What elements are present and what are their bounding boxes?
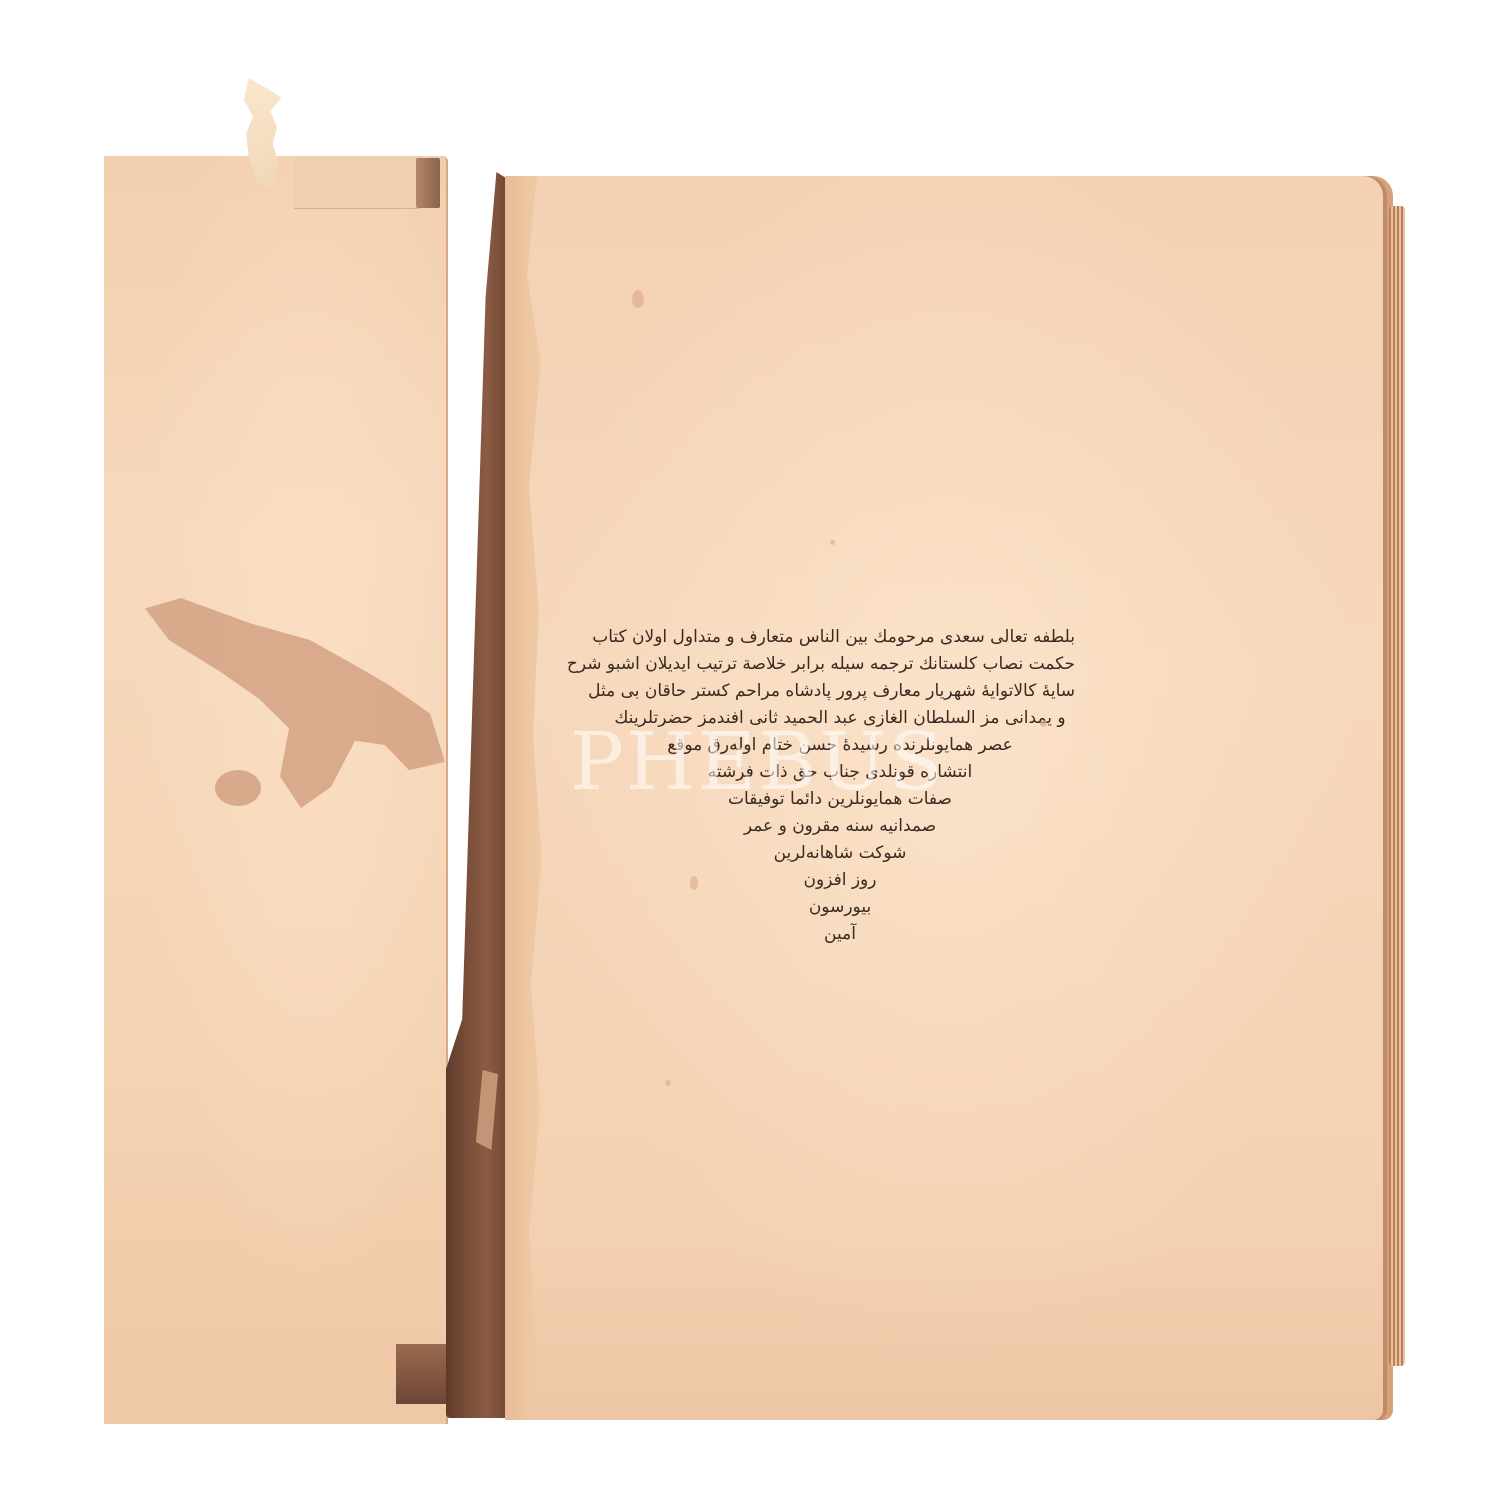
phebus-watermark: PHEBUS (570, 715, 945, 808)
text-line: آمين (605, 921, 1075, 948)
foxing-spot (632, 290, 644, 308)
text-line: حكمت نصاب كلستانك ترجمه سيله برابر خلاصة… (605, 651, 1075, 678)
torn-page-edge (505, 176, 545, 1420)
foxing-spot (665, 1080, 671, 1086)
page-edges (1389, 206, 1405, 1366)
text-line: سايهٔ كالاتوايهٔ شهريار معارف پرور پادشا… (605, 678, 1075, 705)
text-line: صمدانيه سنه مقرون و عمر (605, 813, 1075, 840)
foxing-spot (1040, 720, 1047, 727)
cover-top-flap (294, 156, 419, 209)
text-line: بيورسون (605, 894, 1075, 921)
text-line: بلطفه تعالی سعدی مرحومك بين الناس متعارف… (605, 624, 1075, 651)
water-stain-small (215, 770, 261, 806)
foxing-spot (830, 540, 835, 545)
foxing-spot (690, 876, 698, 890)
book-photo: بلطفه تعالی سعدی مرحومك بين الناس متعارف… (0, 0, 1500, 1500)
detached-front-cover (104, 156, 448, 1424)
text-line: روز افزون (605, 867, 1075, 894)
cover-bottom-leather-fragment (396, 1344, 446, 1404)
text-line: شوكت شاهانەلرين (605, 840, 1075, 867)
cover-corner-wear (416, 158, 440, 208)
